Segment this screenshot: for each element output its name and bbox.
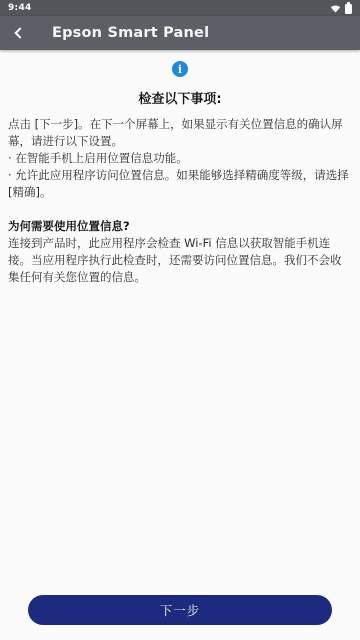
check-heading: 检查以下事项: [8,88,352,107]
app-bar: Epson Smart Panel [0,16,360,50]
wifi-icon [330,4,341,13]
instructions: 点击 [下一步]。在下一个屏幕上，如果显示有关位置信息的确认屏幕，请进行以下设置… [8,116,352,201]
status-bar: 9:44 [0,0,360,16]
bullet-item: · 在智能手机上启用位置信息功能。 [8,150,352,167]
back-icon [14,27,25,38]
app-title: Epson Smart Panel [52,25,209,41]
bullet-item: · 允许此应用程序访问位置信息。如果能够选择精确度等级，请选择 [精确]。 [8,167,352,201]
info-icon: i [172,61,188,77]
next-button[interactable]: 下一步 [28,595,332,625]
why-location-title: 为何需要使用位置信息? [8,218,352,235]
status-time: 9:44 [8,3,32,13]
app-screen: 9:44 Epson Smart Panel i 检查以下事项: 点击 [下一步… [0,0,360,640]
back-button[interactable] [14,20,40,46]
why-location-body: 连接到产品时，此应用程序会检查 Wi-Fi 信息以获取智能手机连接。当应用程序执… [8,235,352,286]
content-area: i 检查以下事项: 点击 [下一步]。在下一个屏幕上，如果显示有关位置信息的确认… [0,50,360,286]
intro-paragraph: 点击 [下一步]。在下一个屏幕上，如果显示有关位置信息的确认屏幕，请进行以下设置… [8,116,352,150]
status-icons [330,3,352,14]
battery-icon [345,4,352,14]
